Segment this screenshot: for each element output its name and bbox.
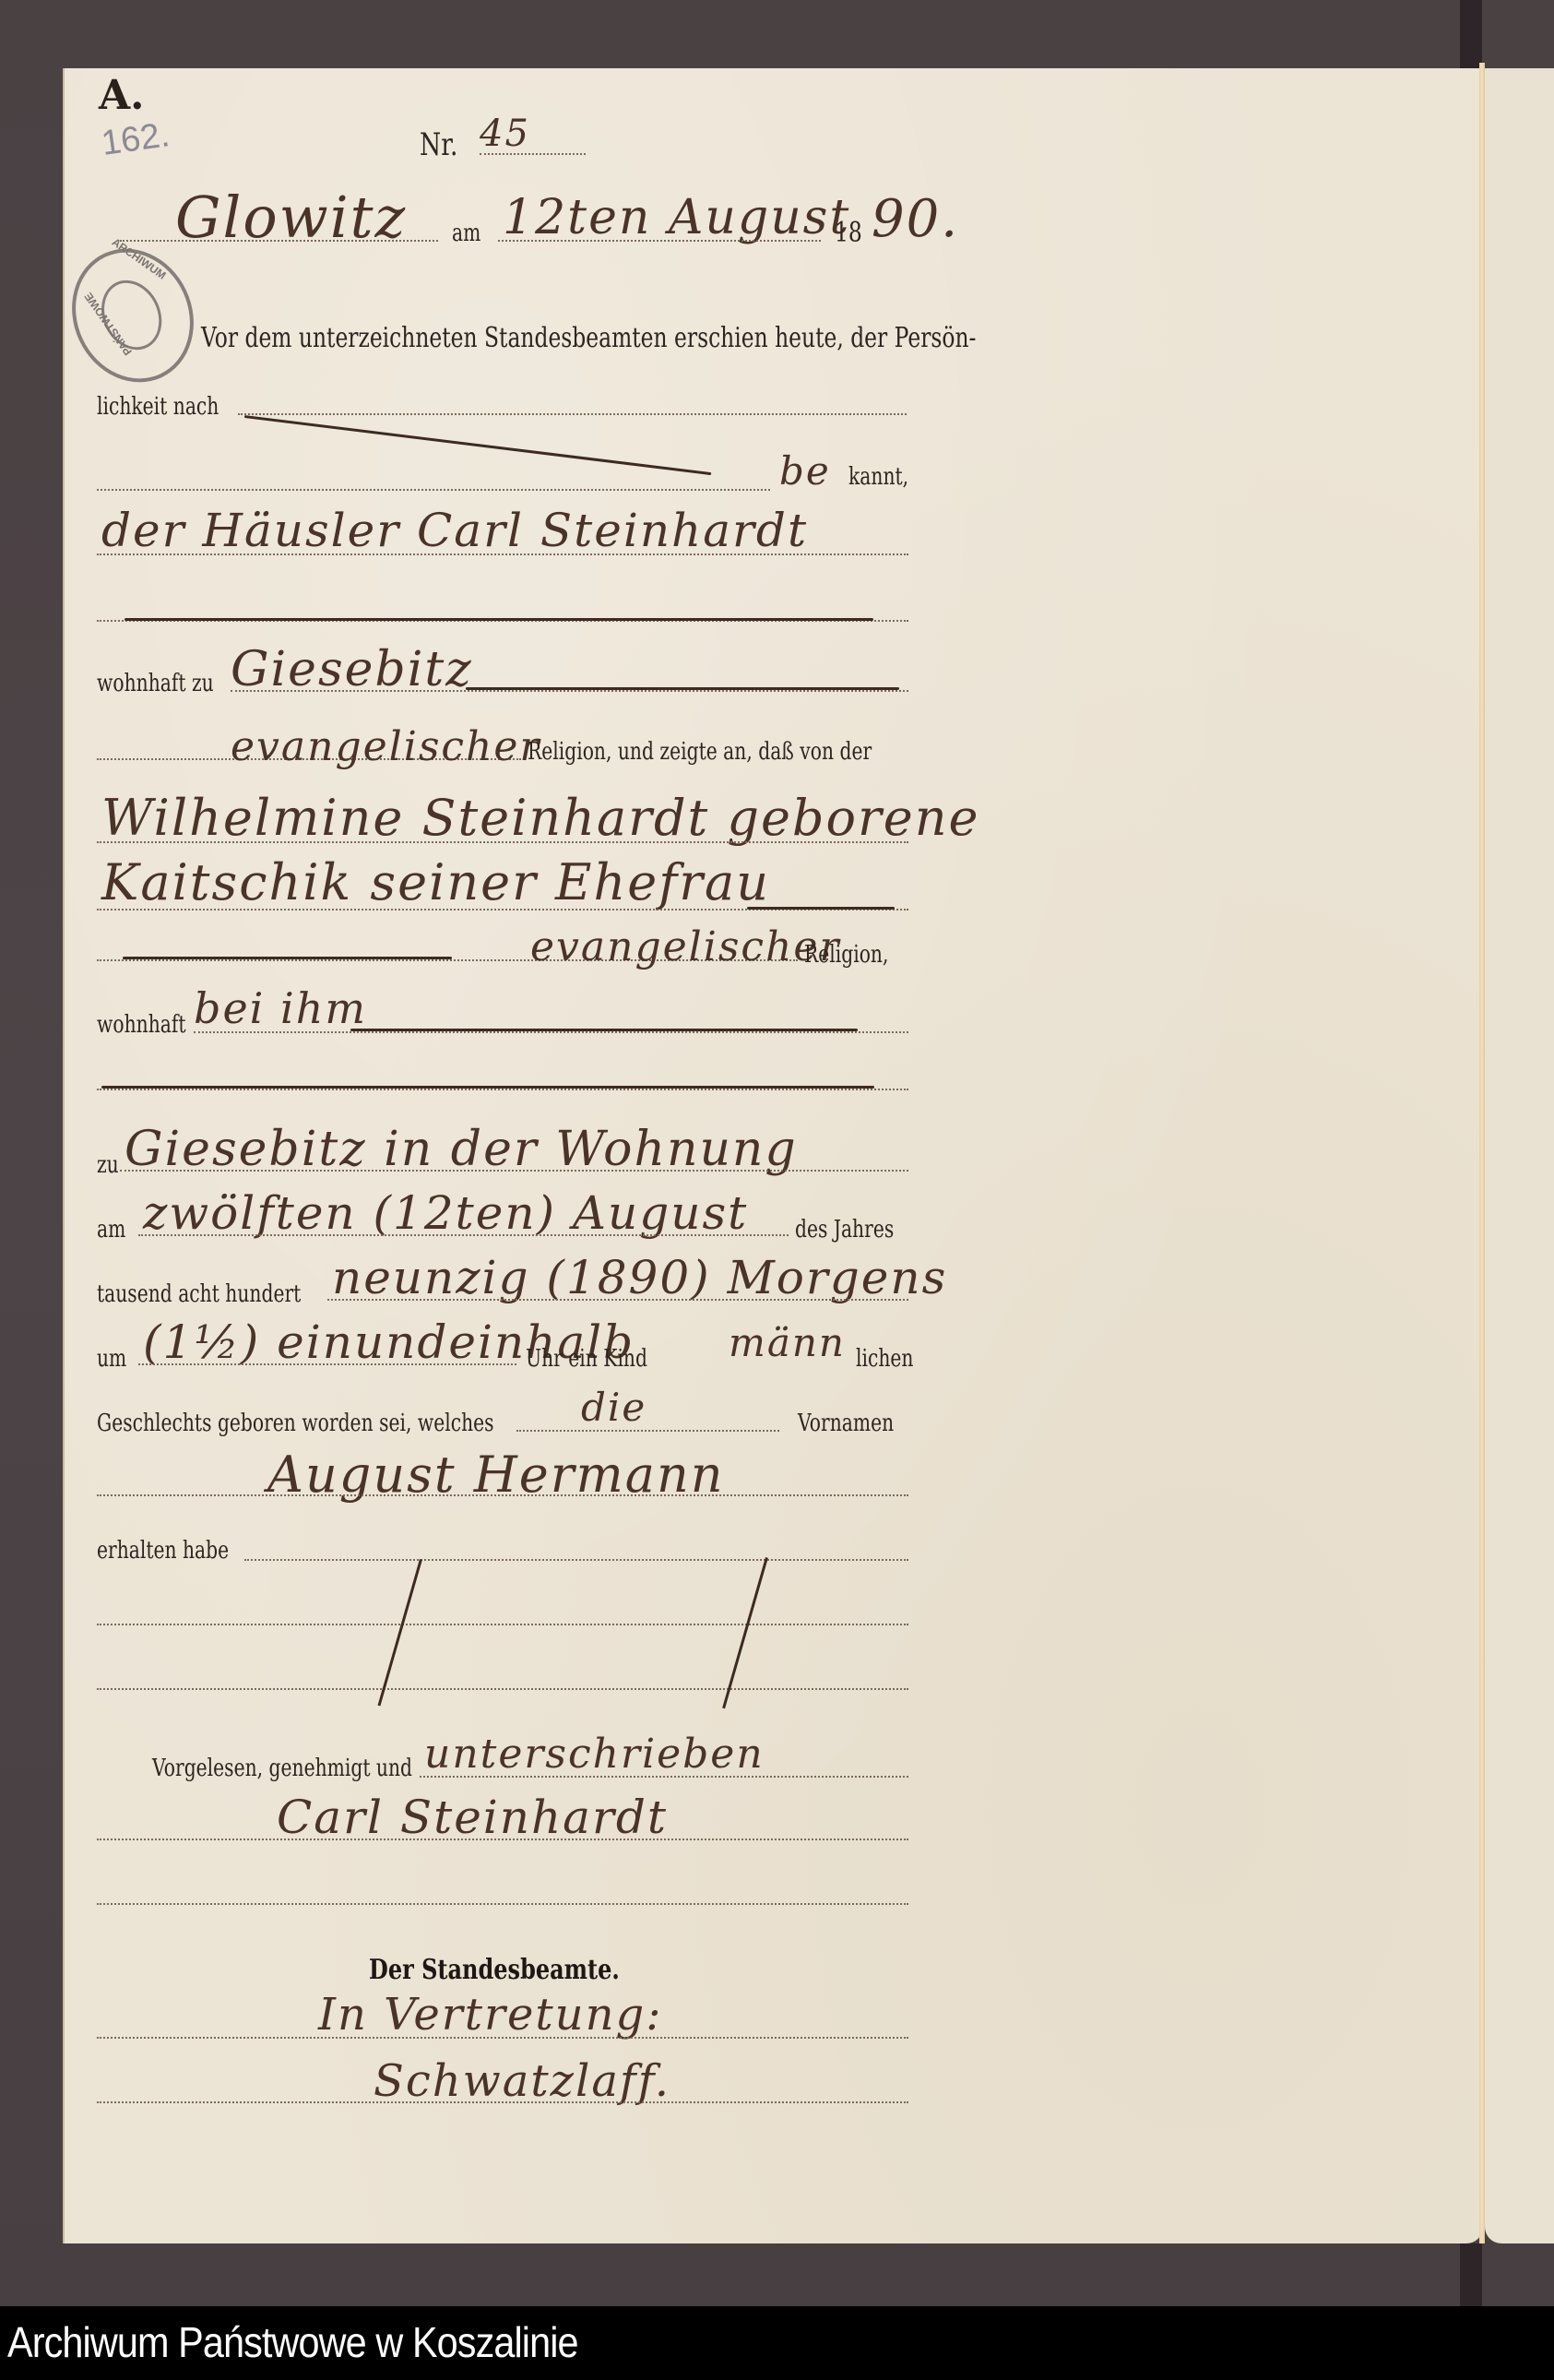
blank-strike-2 bbox=[101, 1086, 874, 1089]
informant-line bbox=[97, 553, 908, 555]
mother-name-line-1: Wilhelmine Steinhardt geborene bbox=[101, 793, 980, 843]
birthday-suffix: des Jahres bbox=[795, 1218, 894, 1242]
intro-text: Vor dem unterzeichneten Standesbeamten e… bbox=[201, 325, 976, 352]
record-number: 45 bbox=[480, 115, 530, 152]
residence-label: wohnhaft zu bbox=[97, 672, 214, 696]
religion2-strike bbox=[123, 957, 452, 959]
child-names-line bbox=[97, 1494, 908, 1496]
identity-suffix-hand: be bbox=[779, 452, 831, 491]
year-label: tausend acht hundert bbox=[97, 1282, 301, 1306]
residence2-value: bei ihm bbox=[194, 987, 367, 1029]
given-line bbox=[516, 1430, 779, 1432]
religion-value: evangelischer bbox=[231, 727, 540, 768]
registrar-heading: Der Standesbeamte. bbox=[369, 1954, 620, 1986]
birthday-value: zwölften (12ten) August bbox=[143, 1190, 748, 1236]
institution-name: Archiwum Państwowe w Koszalinie bbox=[7, 2317, 578, 2367]
book-spine-bottom bbox=[1460, 2243, 1482, 2306]
blank-line-5 bbox=[97, 1903, 908, 1905]
birthplace-label: zu bbox=[97, 1153, 119, 1177]
identity-suffix: kannt, bbox=[848, 465, 908, 489]
time-line bbox=[138, 1363, 516, 1365]
date-line bbox=[498, 240, 821, 242]
sex-value: männ bbox=[729, 1324, 846, 1363]
place-line bbox=[120, 240, 438, 242]
registrar-line-2: Schwatzlaff. bbox=[374, 2059, 670, 2103]
year-value: neunzig (1890) Morgens bbox=[332, 1255, 947, 1301]
year-suffix: 90. bbox=[872, 194, 959, 245]
read-label: Vorgelesen, genehmigt und bbox=[152, 1756, 412, 1780]
birthplace-value: Giesebitz in der Wohnung bbox=[125, 1125, 798, 1173]
religion-text: Religion, und zeigte an, daß von der bbox=[528, 740, 872, 764]
record-number-line bbox=[480, 153, 586, 155]
residence-strike bbox=[466, 687, 899, 690]
mother-name-line-2: Kaitschik seiner Ehefrau bbox=[101, 858, 770, 908]
blank-line-2 bbox=[97, 1089, 908, 1090]
identity-line-2 bbox=[97, 489, 770, 491]
form-letter: A. bbox=[99, 72, 144, 119]
birthday-label: am bbox=[97, 1218, 125, 1242]
date-prefix: am bbox=[452, 221, 480, 245]
birthplace-line bbox=[120, 1170, 908, 1172]
residence-line bbox=[231, 690, 908, 692]
mother-line-1 bbox=[97, 841, 908, 843]
identity-label: lichkeit nach bbox=[97, 395, 219, 419]
informant-name: der Häusler Carl Steinhardt bbox=[101, 507, 808, 553]
record-number-label: Nr. bbox=[420, 129, 457, 161]
registrar-line-1: In Vertretung: bbox=[318, 1993, 662, 2037]
residence2-label: wohnhaft bbox=[97, 1013, 186, 1037]
given-suffix: Vornamen bbox=[798, 1411, 894, 1435]
time-text: Uhr ein Kind bbox=[526, 1347, 647, 1371]
registrar-line-rule-2 bbox=[97, 2101, 908, 2103]
religion2-value: evangelischer bbox=[530, 927, 840, 968]
blank-strike-1 bbox=[125, 618, 873, 621]
year-line bbox=[327, 1299, 908, 1301]
identity-line bbox=[238, 413, 907, 415]
blank-line-4 bbox=[97, 1688, 908, 1690]
signature-line bbox=[97, 1839, 908, 1840]
place-name: Glowitz bbox=[175, 189, 407, 246]
read-line bbox=[420, 1776, 908, 1778]
adjacent-page bbox=[1485, 68, 1554, 2243]
sex-suffix: lichen bbox=[856, 1347, 913, 1371]
received-line bbox=[244, 1559, 908, 1561]
registrar-line-rule-1 bbox=[97, 2037, 908, 2039]
date-value: 12ten August bbox=[503, 194, 850, 242]
page-gutter bbox=[1479, 63, 1485, 2243]
gender-line: Geschlechts geboren worden sei, welches bbox=[97, 1411, 494, 1435]
child-names: August Hermann bbox=[267, 1450, 725, 1500]
blank-line-3 bbox=[97, 1624, 908, 1625]
book-spine-top bbox=[1460, 0, 1482, 68]
time-label: um bbox=[97, 1347, 126, 1371]
residence2-strike bbox=[350, 1029, 858, 1031]
residence-value: Giesebitz bbox=[231, 646, 473, 694]
received-label: erhalten habe bbox=[97, 1539, 229, 1563]
birthday-line bbox=[138, 1234, 789, 1236]
given-value: die bbox=[581, 1388, 647, 1427]
year-prefix: 18 bbox=[835, 220, 862, 247]
mother-strike bbox=[747, 907, 895, 910]
read-value: unterschrieben bbox=[424, 1734, 765, 1775]
informant-signature: Carl Steinhardt bbox=[277, 1794, 668, 1840]
religion2-text: Religion, bbox=[804, 943, 888, 967]
residence2-line bbox=[194, 1031, 908, 1033]
footer-bar: Archiwum Państwowe w Koszalinie bbox=[0, 2306, 1554, 2380]
